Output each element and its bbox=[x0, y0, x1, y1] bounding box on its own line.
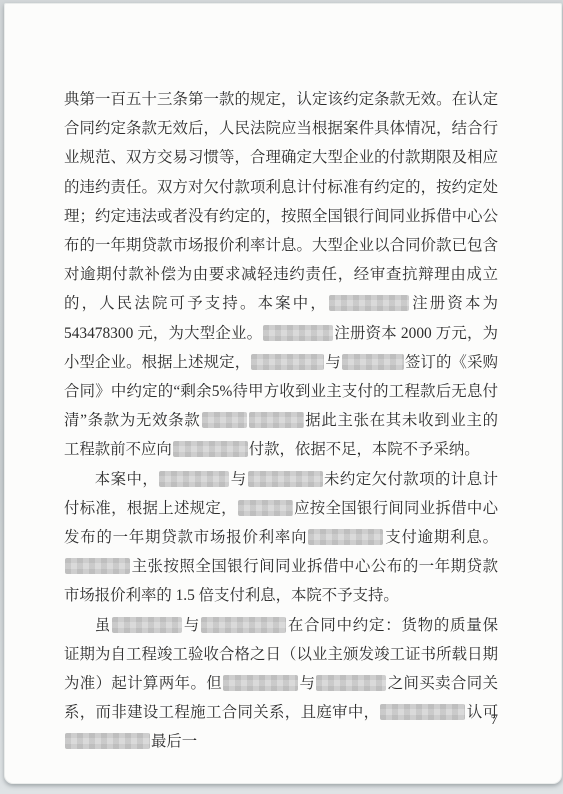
redaction-block bbox=[308, 529, 383, 545]
redaction-block bbox=[112, 617, 182, 633]
redaction-block bbox=[202, 412, 247, 428]
text-run: 典第一百五十三条第一款的规定，认定该约定条款无效。在认定合同约定条款无效后，人民… bbox=[64, 91, 498, 312]
text-run: 本案中， bbox=[95, 471, 158, 488]
paragraph: 本案中，与未约定欠付款项的计息计付标准，根据上述规定，应按全国银行间同业拆借中心… bbox=[64, 465, 498, 611]
redaction-block bbox=[316, 675, 386, 691]
redaction-block bbox=[201, 617, 286, 633]
redaction-block bbox=[65, 558, 130, 574]
redaction-block bbox=[249, 412, 304, 428]
text-run: 支付逾期利息。 bbox=[384, 529, 498, 546]
paragraph: 典第一百五十三条第一款的规定，认定该约定条款无效。在认定合同约定条款无效后，人民… bbox=[64, 85, 498, 465]
text-run: 最后一 bbox=[151, 733, 197, 750]
redaction-block bbox=[223, 675, 298, 691]
redaction-block bbox=[342, 354, 404, 370]
redaction-block bbox=[248, 471, 323, 487]
redaction-block bbox=[173, 441, 248, 457]
text-run: 付款，依据不足，本院不予采纳。 bbox=[249, 441, 480, 458]
text-run: 与 bbox=[325, 354, 341, 371]
text-run: 与 bbox=[230, 471, 246, 488]
redaction-block bbox=[263, 325, 333, 341]
paragraph: 虽与在合同中约定：货物的质量保证期为自工程竣工验收合格之日（以业主颁发竣工证书所… bbox=[64, 611, 498, 757]
redaction-block bbox=[159, 471, 229, 487]
text-run: 与 bbox=[299, 675, 315, 692]
text-block: 典第一百五十三条第一款的规定，认定该约定条款无效。在认定合同约定条款无效后，人民… bbox=[64, 85, 498, 757]
redaction-block bbox=[238, 500, 293, 516]
page-number: 7 bbox=[64, 712, 498, 729]
redaction-block bbox=[251, 354, 324, 370]
text-run: 虽 bbox=[95, 617, 111, 634]
redaction-block bbox=[329, 295, 409, 311]
redaction-block bbox=[65, 733, 150, 749]
text-run: 与 bbox=[183, 617, 200, 634]
scanned-document: 典第一百五十三条第一款的规定，认定该约定条款无效。在认定合同约定条款无效后，人民… bbox=[0, 0, 563, 794]
